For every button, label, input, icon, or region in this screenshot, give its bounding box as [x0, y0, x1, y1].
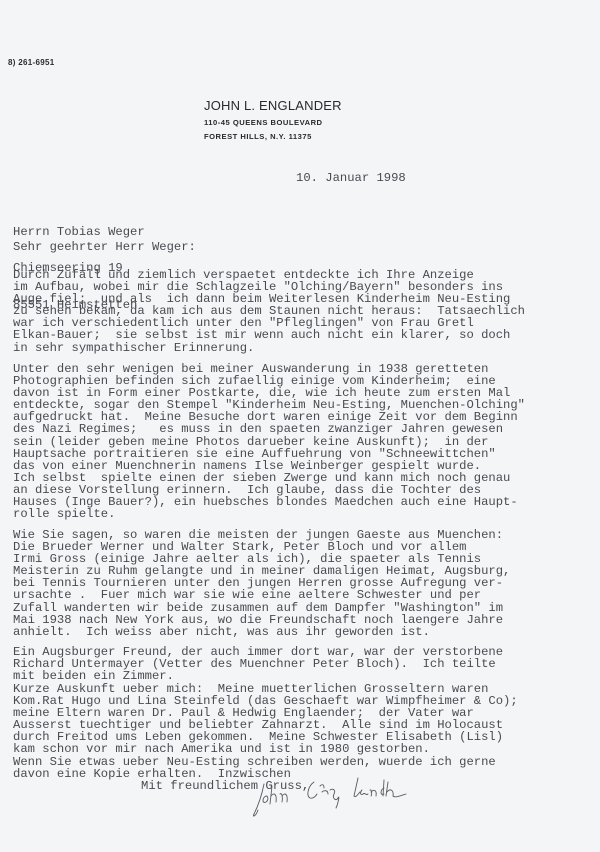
paragraph: Durch Zufall und ziemlich verspaetet ent… [13, 269, 525, 354]
paragraph: Ein Augsburger Freund, der auch immer do… [13, 646, 503, 682]
text-line: Zufall wanderten wir beide zusammen auf … [13, 602, 510, 614]
text-line: mit beiden ein Zimmer. [13, 670, 503, 682]
sender-city: FOREST HILLS, N.Y. 11375 [204, 132, 342, 141]
text-line: Wenn Sie etwas ueber Neu-Esting schreibe… [13, 756, 518, 768]
text-line: rolle spielte. [13, 508, 525, 520]
handwritten-signature [250, 772, 420, 822]
text-line: kam schon vor mir nach Amerika und ist i… [13, 743, 518, 755]
salutation: Sehr geehrter Herr Weger: [13, 241, 196, 253]
letter-date: 10. Januar 1998 [296, 172, 406, 184]
text-line: anhielt. Ich weiss aber nicht, was aus i… [13, 626, 510, 638]
phone-number: 8) 261-6951 [8, 58, 54, 67]
sender-name: JOHN L. ENGLANDER [204, 98, 342, 113]
text-line: Elkan-Bauer; sie selbst ist mir wenn auc… [13, 329, 525, 341]
letterhead: JOHN L. ENGLANDER 110-45 QUEENS BOULEVAR… [204, 98, 342, 141]
paragraph: Wie Sie sagen, so waren die meisten der … [13, 529, 510, 638]
text-line: des Nazi Regimes; es muss in den spaeten… [13, 423, 525, 435]
text-line: Mai 1938 nach New York aus, wo die Freun… [13, 614, 510, 626]
text-line: in sehr sympathischer Erinnerung. [13, 342, 525, 354]
text-line: Hauptsache portraitieren sie eine Auffue… [13, 448, 525, 460]
text-line: sein (leider geben meine Photos darueber… [13, 436, 525, 448]
paragraph: Kurze Auskunft ueber mich: Meine muetter… [13, 683, 518, 780]
sender-street: 110-45 QUEENS BOULEVARD [204, 118, 342, 127]
letter-page: 8) 261-6951 JOHN L. ENGLANDER 110-45 QUE… [0, 0, 600, 852]
paragraph: Unter den sehr wenigen bei meiner Auswan… [13, 363, 525, 520]
recipient-line: Herrn Tobias Weger [13, 226, 145, 238]
text-line: ursachte . Fuer mich war sie wie eine ae… [13, 589, 510, 601]
